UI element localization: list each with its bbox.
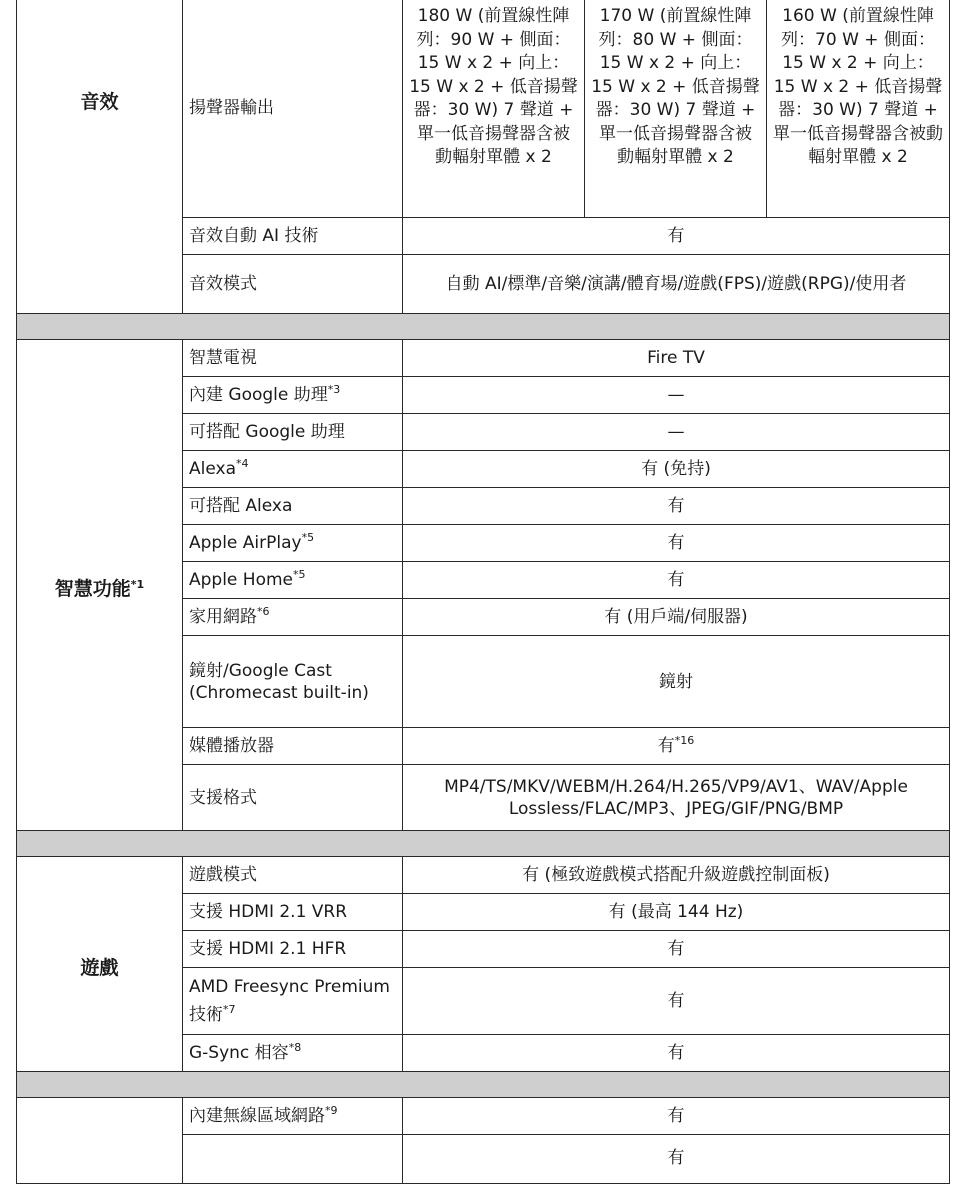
value-text: 鏡射	[659, 672, 693, 692]
feature-label: 支援格式	[189, 788, 257, 808]
value-text: 有	[668, 1148, 685, 1168]
value-model-1: 180 W (前置線性陣列：90 W + 側面：15 W x 2 + 向上：15…	[403, 0, 585, 218]
feature-label: 遊戲模式	[189, 865, 257, 885]
feature-label: Apple AirPlay	[189, 533, 302, 553]
feature-label-cell: 可搭配 Google 助理	[183, 414, 403, 451]
feature-label-cell: Alexa*4	[183, 451, 403, 488]
feature-label-cell: 支援 HDMI 2.1 HFR	[183, 931, 403, 968]
feature-label-cell: Apple AirPlay*5	[183, 525, 403, 562]
footnote-marker: *5	[302, 531, 315, 544]
value-text: Fire TV	[647, 348, 705, 368]
value-cell: 有 (最高 144 Hz)	[403, 894, 950, 931]
feature-label-cell: 媒體播放器	[183, 728, 403, 765]
category-audio: 音效	[17, 0, 183, 314]
value-text: 有 (極致遊戲模式搭配升級遊戲控制面板)	[522, 865, 830, 885]
row-speaker-output: 音效 揚聲器輸出 180 W (前置線性陣列：90 W + 側面：15 W x …	[17, 0, 950, 218]
feature-label: Apple Home	[189, 570, 293, 590]
feature-label-cell: G-Sync 相容*8	[183, 1035, 403, 1072]
value-cell: Fire TV	[403, 340, 950, 377]
value-text: —	[668, 422, 685, 442]
value-cell: 有 (用戶端/伺服器)	[403, 599, 950, 636]
feature-label-cell	[183, 1135, 403, 1184]
category-label: 音效	[80, 91, 118, 113]
feature-label: 可搭配 Alexa	[189, 496, 292, 516]
value-text: 有	[668, 1043, 685, 1063]
value-cell: 有	[403, 931, 950, 968]
feature-label-cell: 家用網路*6	[183, 599, 403, 636]
value-text: 有	[668, 1106, 685, 1126]
value-cell: —	[403, 377, 950, 414]
feature-label-cell: 音效自動 AI 技術	[183, 218, 403, 255]
value-cell: 自動 AI/標準/音樂/演講/體育場/遊戲(FPS)/遊戲(RPG)/使用者	[403, 255, 950, 314]
value-text: 180 W (前置線性陣列：90 W + 側面：15 W x 2 + 向上：15…	[409, 6, 578, 167]
feature-label: 內建無線區域網路	[189, 1106, 325, 1126]
value-text: 有	[668, 570, 685, 590]
value-text: 有	[668, 226, 685, 246]
value-text: 有	[668, 991, 685, 1011]
value-text: 自動 AI/標準/音樂/演講/體育場/遊戲(FPS)/遊戲(RPG)/使用者	[446, 274, 907, 294]
value-cell: 有	[403, 968, 950, 1035]
footnote-marker: *6	[257, 605, 270, 618]
value-cell: 有*16	[403, 728, 950, 765]
feature-label-cell: 內建 Google 助理*3	[183, 377, 403, 414]
feature-label-cell: AMD Freesync Premium 技術*7	[183, 968, 403, 1035]
footnote-marker: *1	[131, 578, 144, 591]
value-cell: 有	[403, 488, 950, 525]
feature-label: 音效模式	[189, 274, 257, 294]
category-label: 遊戲	[80, 957, 118, 979]
footnote-marker: *8	[289, 1041, 302, 1054]
value-model-2: 170 W (前置線性陣列：80 W + 側面：15 W x 2 + 向上：15…	[585, 0, 767, 218]
feature-label: Alexa	[189, 459, 236, 479]
feature-label-cell: 音效模式	[183, 255, 403, 314]
value-text: MP4/TS/MKV/WEBM/H.264/H.265/VP9/AV1、WAV/…	[444, 777, 908, 819]
section-divider	[17, 314, 950, 340]
value-text: 有	[668, 496, 685, 516]
category-network	[17, 1098, 183, 1184]
category-smart: 智慧功能*1	[17, 340, 183, 831]
value-cell: 有	[403, 1035, 950, 1072]
spec-table: 音效 揚聲器輸出 180 W (前置線性陣列：90 W + 側面：15 W x …	[16, 0, 950, 1184]
category-gaming: 遊戲	[17, 857, 183, 1072]
value-cell: 鏡射	[403, 636, 950, 728]
value-cell: 有 (極致遊戲模式搭配升級遊戲控制面板)	[403, 857, 950, 894]
feature-label: AMD Freesync Premium 技術	[189, 977, 390, 1025]
footnote-marker: *4	[236, 457, 249, 470]
value-cell: 有	[403, 1098, 950, 1135]
value-cell: 有	[403, 218, 950, 255]
value-text: 有	[658, 736, 675, 756]
table-row: 遊戲 遊戲模式 有 (極致遊戲模式搭配升級遊戲控制面板)	[17, 857, 950, 894]
footnote-marker: *3	[328, 383, 341, 396]
feature-label-cell: 內建無線區域網路*9	[183, 1098, 403, 1135]
feature-label: 可搭配 Google 助理	[189, 422, 345, 442]
value-text: 有	[668, 939, 685, 959]
section-divider	[17, 1072, 950, 1098]
feature-label: 支援 HDMI 2.1 VRR	[189, 902, 347, 922]
footnote-marker: *9	[325, 1104, 338, 1117]
feature-label: G-Sync 相容	[189, 1043, 289, 1063]
feature-label: 智慧電視	[189, 348, 257, 368]
value-text: 有	[668, 533, 685, 553]
feature-label: 家用網路	[189, 607, 257, 627]
feature-label-cell: 智慧電視	[183, 340, 403, 377]
value-cell: —	[403, 414, 950, 451]
value-cell: 有	[403, 1135, 950, 1184]
value-text: —	[668, 385, 685, 405]
feature-label: 鏡射/Google Cast (Chromecast built-in)	[189, 661, 369, 703]
feature-label: 支援 HDMI 2.1 HFR	[189, 939, 346, 959]
section-divider	[17, 831, 950, 857]
feature-label-cell: 鏡射/Google Cast (Chromecast built-in)	[183, 636, 403, 728]
value-model-3: 160 W (前置線性陣列：70 W + 側面：15 W x 2 + 向上：15…	[767, 0, 950, 218]
feature-label-cell: 支援格式	[183, 765, 403, 831]
footnote-marker: *5	[293, 568, 306, 581]
table-row: 內建無線區域網路*9 有	[17, 1098, 950, 1135]
feature-label-cell: 揚聲器輸出	[183, 0, 403, 218]
feature-label: 內建 Google 助理	[189, 385, 328, 405]
value-cell: 有	[403, 562, 950, 599]
feature-label: 媒體播放器	[189, 736, 274, 756]
feature-label-cell: 可搭配 Alexa	[183, 488, 403, 525]
value-text: 有 (最高 144 Hz)	[609, 902, 744, 922]
table-row: 智慧功能*1 智慧電視 Fire TV	[17, 340, 950, 377]
category-label: 智慧功能	[55, 578, 131, 600]
feature-label: 音效自動 AI 技術	[189, 226, 318, 246]
value-cell: 有	[403, 525, 950, 562]
footnote-marker: *7	[223, 1003, 236, 1016]
value-text: 160 W (前置線性陣列：70 W + 側面：15 W x 2 + 向上：15…	[773, 6, 943, 167]
feature-label: 揚聲器輸出	[189, 98, 274, 118]
value-text: 有 (免持)	[641, 459, 711, 479]
value-cell: MP4/TS/MKV/WEBM/H.264/H.265/VP9/AV1、WAV/…	[403, 765, 950, 831]
feature-label-cell: 遊戲模式	[183, 857, 403, 894]
feature-label-cell: Apple Home*5	[183, 562, 403, 599]
value-text: 170 W (前置線性陣列：80 W + 側面：15 W x 2 + 向上：15…	[591, 6, 760, 167]
footnote-marker: *16	[675, 734, 695, 747]
value-text: 有 (用戶端/伺服器)	[604, 607, 747, 627]
feature-label-cell: 支援 HDMI 2.1 VRR	[183, 894, 403, 931]
value-cell: 有 (免持)	[403, 451, 950, 488]
